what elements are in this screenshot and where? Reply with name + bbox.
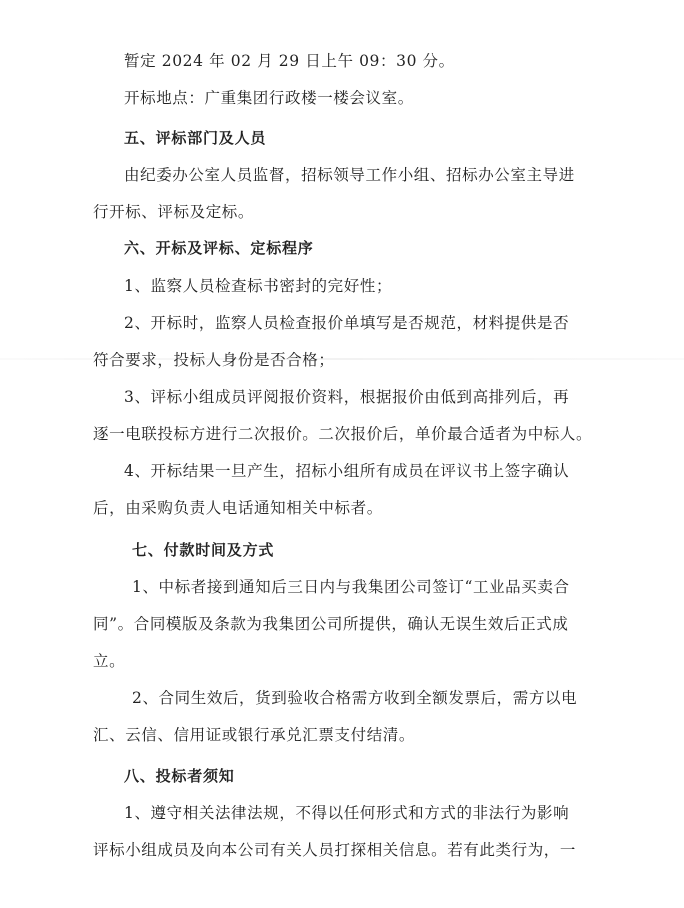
paragraph-line: 立。 bbox=[93, 651, 653, 671]
paragraph-line: 同”。合同模版及条款为我集团公司所提供，确认无误生效后正式成 bbox=[93, 614, 653, 634]
paragraph-line: 3、评标小组成员评阅报价资料，根据报价由低到高排列后，再 bbox=[124, 387, 684, 407]
section-heading-7: 七、付款时间及方式 bbox=[132, 540, 684, 560]
paragraph-line: 2、开标时，监察人员检查报价单填写是否规范，材料提供是否 bbox=[124, 313, 684, 333]
paragraph-line: 2、合同生效后，货到验收合格需方收到全额发票后，需方以电 bbox=[132, 688, 684, 708]
paragraph-line: 行开标、评标及定标。 bbox=[93, 202, 653, 222]
paragraph-line: 汇、云信、信用证或银行承兑汇票支付结清。 bbox=[93, 725, 653, 745]
section-heading-8: 八、投标者须知 bbox=[124, 766, 684, 786]
paragraph-line: 1、中标者接到通知后三日内与我集团公司签订“工业品买卖合 bbox=[132, 577, 684, 597]
paragraph-line: 后，由采购负责人电话通知相关中标者。 bbox=[93, 498, 653, 518]
paragraph-line: 由纪委办公室人员监督，招标领导工作小组、招标办公室主导进 bbox=[124, 165, 684, 185]
paragraph-line: 评标小组成员及向本公司有关人员打探相关信息。若有此类行为，一 bbox=[93, 840, 653, 860]
opening-location-text: 开标地点：广重集团行政楼一楼会议室。 bbox=[124, 88, 684, 108]
paragraph-line: 1、监察人员检查标书密封的完好性； bbox=[124, 276, 684, 296]
opening-time-text: 暂定 2024 年 02 月 29 日上午 09：30 分。 bbox=[124, 51, 684, 71]
section-heading-5: 五、评标部门及人员 bbox=[124, 128, 684, 148]
document-page: 暂定 2024 年 02 月 29 日上午 09：30 分。 开标地点：广重集团… bbox=[0, 0, 684, 908]
paragraph-line: 逐一电联投标方进行二次报价。二次报价后，单价最合适者为中标人。 bbox=[93, 424, 653, 444]
paragraph-line: 1、遵守相关法律法规，不得以任何形式和方式的非法行为影响 bbox=[124, 803, 684, 823]
paragraph-line: 4、开标结果一旦产生，招标小组所有成员在评议书上签字确认 bbox=[124, 461, 684, 481]
section-heading-6: 六、开标及评标、定标程序 bbox=[124, 238, 684, 258]
paragraph-line: 符合要求，投标人身份是否合格； bbox=[93, 350, 653, 370]
